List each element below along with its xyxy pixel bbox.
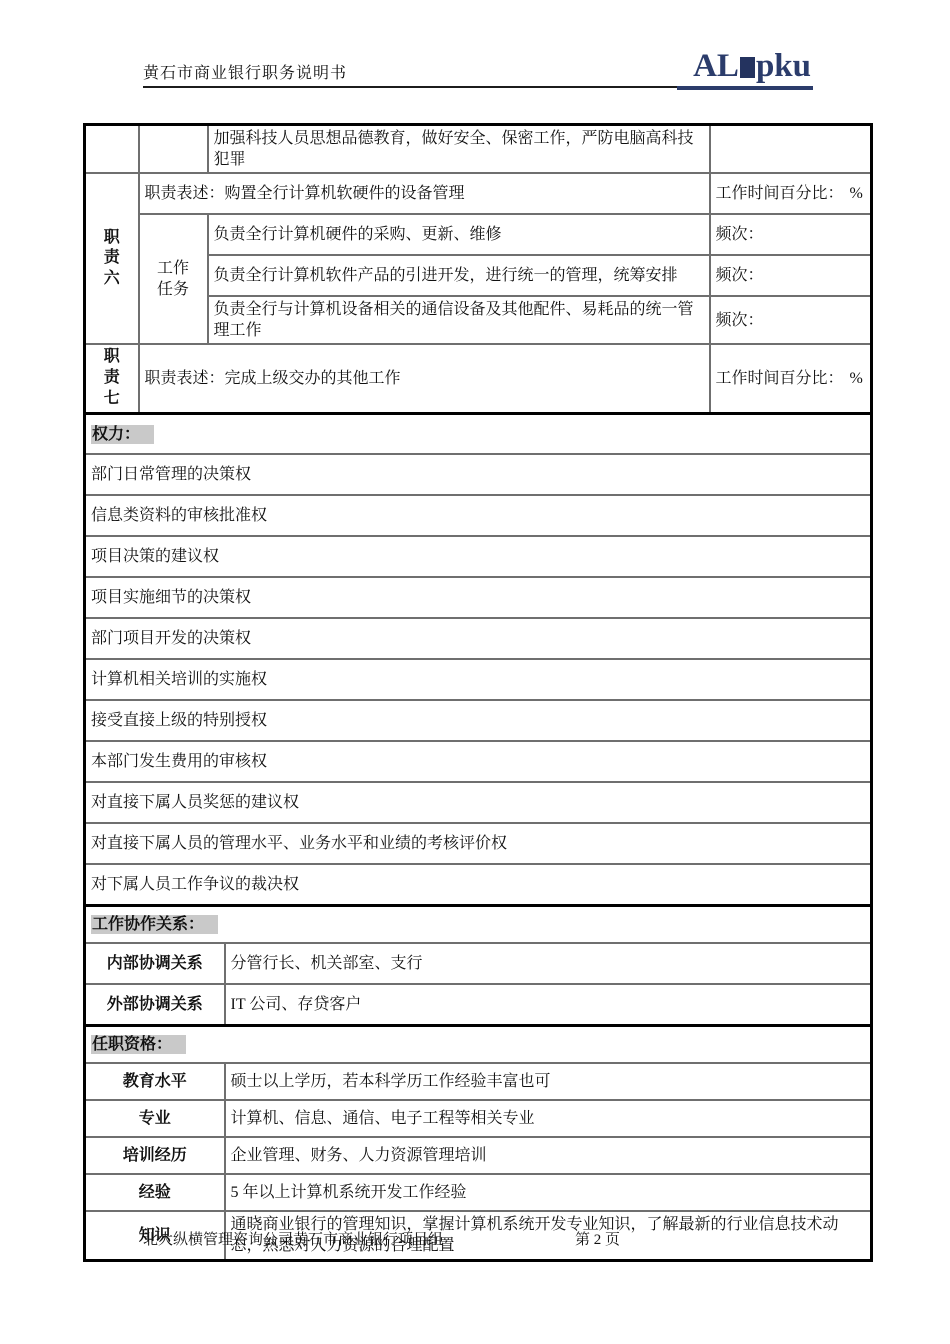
work-tasks-label: 工作任务 bbox=[155, 258, 192, 301]
page-header: 黄石市商业银行职务说明书 ALpku bbox=[143, 36, 813, 88]
external-coordination-label: 外部协调关系 bbox=[85, 984, 225, 1025]
collaboration-section-title: 工作协作关系： bbox=[91, 915, 218, 934]
page: { "header": { "doc_title": "黄石市商业银行职务说明书… bbox=[0, 0, 950, 1344]
internal-coordination-row: 内部协调关系 分管行长、机关部室、支行 bbox=[85, 943, 872, 984]
power-item: 部门日常管理的决策权 bbox=[85, 454, 872, 495]
qualification-value: 硕士以上学历，若本科学历工作经验丰富也可 bbox=[225, 1063, 872, 1100]
frequency-label: 频次： bbox=[710, 255, 872, 296]
power-item-row: 本部门发生费用的审核权 bbox=[85, 741, 872, 782]
duty6-task-3: 负责全行与计算机设备相关的通信设备及其他配件、易耗品的统一管理工作 bbox=[208, 296, 710, 344]
document-title: 黄石市商业银行职务说明书 bbox=[143, 60, 347, 83]
duty7-label-cell: 职责七 bbox=[85, 344, 139, 413]
power-item: 计算机相关培训的实施权 bbox=[85, 659, 872, 700]
footer-page-number: 第 2 页 bbox=[575, 1228, 620, 1249]
frequency-label: 频次： bbox=[710, 214, 872, 255]
powers-section-title: 权力： bbox=[91, 425, 154, 444]
duty6-statement-row: 职责六 职责表述：购置全行计算机软硬件的设备管理 工作时间百分比：% bbox=[85, 173, 872, 214]
duty7-statement-row: 职责七 职责表述：完成上级交办的其他工作 工作时间百分比：% bbox=[85, 344, 872, 413]
power-item-row: 项目决策的建议权 bbox=[85, 536, 872, 577]
logo-square-icon bbox=[740, 57, 755, 78]
qualification-row: 专业 计算机、信息、通信、电子工程等相关专业 bbox=[85, 1100, 872, 1137]
power-item: 对直接下属人员的管理水平、业务水平和业绩的考核评价权 bbox=[85, 823, 872, 864]
duty6-label: 职责六 bbox=[103, 228, 121, 290]
power-item: 信息类资料的审核批准权 bbox=[85, 495, 872, 536]
qualification-row: 培训经历 企业管理、财务、人力资源管理培训 bbox=[85, 1137, 872, 1174]
empty-cell bbox=[85, 125, 139, 174]
qualification-label: 培训经历 bbox=[85, 1137, 225, 1174]
duty6-statement-cell: 职责表述：购置全行计算机软硬件的设备管理 bbox=[139, 173, 710, 214]
qualification-label: 教育水平 bbox=[85, 1063, 225, 1100]
frequency-label: 频次： bbox=[710, 296, 872, 344]
duty6-task-1: 负责全行计算机硬件的采购、更新、维修 bbox=[208, 214, 710, 255]
power-item-row: 接受直接上级的特别授权 bbox=[85, 700, 872, 741]
duty7-time-percent-cell: 工作时间百分比：% bbox=[710, 344, 872, 413]
qualifications-section-title-cell: 任职资格： bbox=[85, 1025, 872, 1063]
work-tasks-label-cell: 工作任务 bbox=[139, 214, 208, 344]
duty6-time-percent-cell: 工作时间百分比：% bbox=[710, 173, 872, 214]
statement-label: 职责表述： bbox=[145, 185, 225, 202]
duty6-statement-text: 购置全行计算机软硬件的设备管理 bbox=[225, 185, 465, 202]
qualification-label: 经验 bbox=[85, 1174, 225, 1211]
qualification-row: 经验 5 年以上计算机系统开发工作经验 bbox=[85, 1174, 872, 1211]
time-percent-label: 工作时间百分比： bbox=[716, 185, 844, 202]
power-item-row: 部门日常管理的决策权 bbox=[85, 454, 872, 495]
power-item: 部门项目开发的决策权 bbox=[85, 618, 872, 659]
qualifications-section-title: 任职资格： bbox=[91, 1035, 186, 1054]
power-item: 对直接下属人员奖惩的建议权 bbox=[85, 782, 872, 823]
statement-label: 职责表述： bbox=[145, 370, 225, 387]
time-percent-value: % bbox=[850, 370, 863, 387]
internal-coordination-label: 内部协调关系 bbox=[85, 943, 225, 984]
powers-section-header-row: 权力： bbox=[85, 413, 872, 454]
time-percent-label: 工作时间百分比： bbox=[716, 370, 844, 387]
power-item-row: 项目实施细节的决策权 bbox=[85, 577, 872, 618]
duty7-statement-text: 完成上级交办的其他工作 bbox=[225, 370, 401, 387]
qualification-label: 专业 bbox=[85, 1100, 225, 1137]
duty7-label: 职责七 bbox=[103, 347, 121, 409]
power-item-row: 信息类资料的审核批准权 bbox=[85, 495, 872, 536]
powers-section-title-cell: 权力： bbox=[85, 413, 872, 454]
power-item-row: 计算机相关培训的实施权 bbox=[85, 659, 872, 700]
power-item: 接受直接上级的特别授权 bbox=[85, 700, 872, 741]
qualification-row: 教育水平 硕士以上学历，若本科学历工作经验丰富也可 bbox=[85, 1063, 872, 1100]
duty6-label-cell: 职责六 bbox=[85, 173, 139, 344]
external-coordination-row: 外部协调关系 IT 公司、存贷客户 bbox=[85, 984, 872, 1025]
qualifications-section-header-row: 任职资格： bbox=[85, 1025, 872, 1063]
power-item: 项目决策的建议权 bbox=[85, 536, 872, 577]
carryover-task-text: 加强科技人员思想品德教育，做好安全、保密工作，严防电脑高科技犯罪 bbox=[208, 125, 710, 174]
external-coordination-value: IT 公司、存贷客户 bbox=[225, 984, 872, 1025]
allpku-logo: ALpku bbox=[677, 50, 813, 90]
power-item-row: 对下属人员工作争议的裁决权 bbox=[85, 864, 872, 905]
collaboration-section-header-row: 工作协作关系： bbox=[85, 905, 872, 943]
duty6-task-2: 负责全行计算机软件产品的引进开发，进行统一的管理，统筹安排 bbox=[208, 255, 710, 296]
qualification-value: 计算机、信息、通信、电子工程等相关专业 bbox=[225, 1100, 872, 1137]
power-item-row: 部门项目开发的决策权 bbox=[85, 618, 872, 659]
time-percent-value: % bbox=[850, 185, 863, 202]
logo-text-suffix: pku bbox=[756, 48, 811, 84]
carryover-task-row: 加强科技人员思想品德教育，做好安全、保密工作，严防电脑高科技犯罪 bbox=[85, 125, 872, 174]
power-item: 项目实施细节的决策权 bbox=[85, 577, 872, 618]
empty-cell bbox=[710, 125, 872, 174]
footer-project-team: 北大纵横管理咨询公司黄石市商业银行项目组 bbox=[143, 1228, 443, 1249]
empty-cell bbox=[139, 125, 208, 174]
duty7-statement-cell: 职责表述：完成上级交办的其他工作 bbox=[139, 344, 710, 413]
power-item: 本部门发生费用的审核权 bbox=[85, 741, 872, 782]
collaboration-section-title-cell: 工作协作关系： bbox=[85, 905, 872, 943]
power-item-row: 对直接下属人员的管理水平、业务水平和业绩的考核评价权 bbox=[85, 823, 872, 864]
duty6-task-row: 工作任务 负责全行计算机硬件的采购、更新、维修 频次： bbox=[85, 214, 872, 255]
qualification-value: 企业管理、财务、人力资源管理培训 bbox=[225, 1137, 872, 1174]
power-item-row: 对直接下属人员奖惩的建议权 bbox=[85, 782, 872, 823]
power-item: 对下属人员工作争议的裁决权 bbox=[85, 864, 872, 905]
internal-coordination-value: 分管行长、机关部室、支行 bbox=[225, 943, 872, 984]
logo-text-prefix: AL bbox=[693, 48, 739, 84]
job-description-table: 加强科技人员思想品德教育，做好安全、保密工作，严防电脑高科技犯罪 职责六 职责表… bbox=[83, 123, 873, 1262]
qualification-value: 5 年以上计算机系统开发工作经验 bbox=[225, 1174, 872, 1211]
